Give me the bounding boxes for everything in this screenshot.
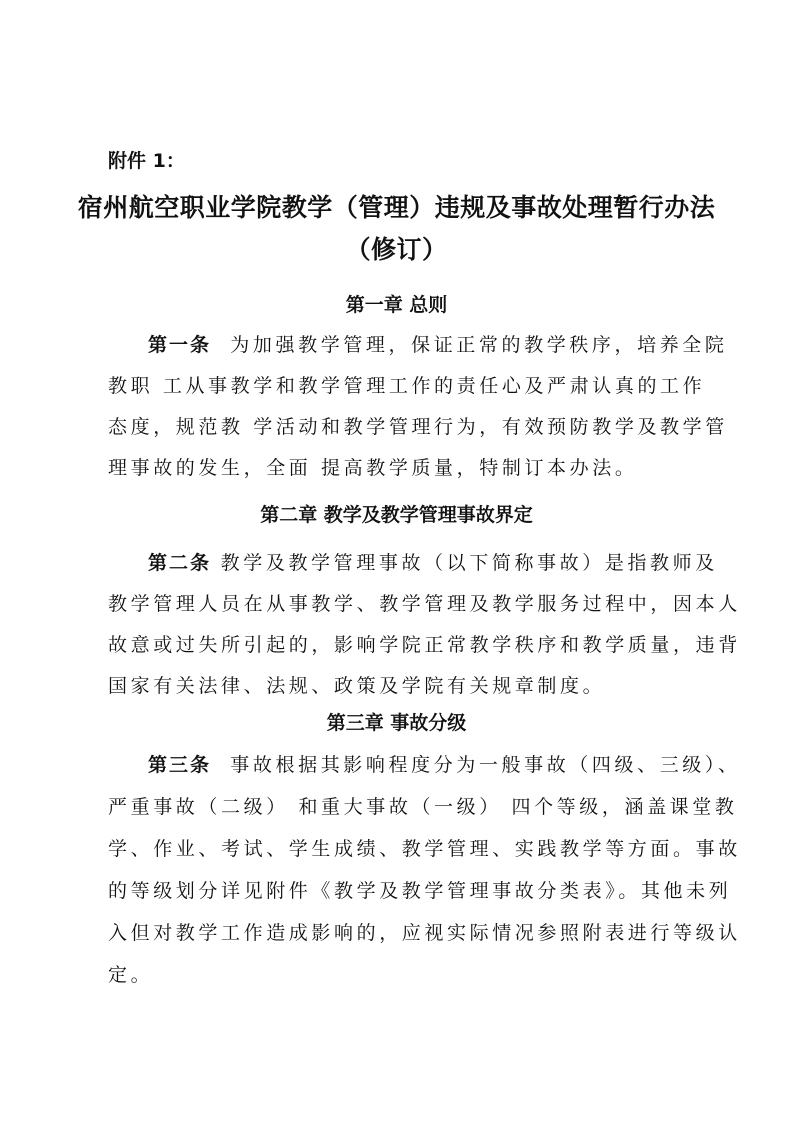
article-3-line-2: 严重事故（二级） 和重大事故（一级） 四个等级，涵盖课堂教 [108, 792, 737, 819]
article-1-line-2: 教职 工从事教学和教学管理工作的责任心及严肃认真的工作 [108, 371, 705, 398]
article-3-line-4: 的等级划分详见附件《教学及教学管理事故分类表》。其他未列 [108, 876, 731, 903]
article-2-text: 教学及教学管理事故（以下简称事故）是指教师及 [221, 552, 718, 574]
article-1-label: 第一条 [148, 334, 211, 356]
article-3-line-6: 定。 [108, 960, 153, 987]
article-2-line-1: 第二条 教学及教学管理事故（以下简称事故）是指教师及 [148, 548, 718, 575]
chapter-3-heading: 第三章 事故分级 [0, 708, 793, 735]
article-1-line-3: 态度，规范教 学活动和教学管理行为，有效预防教学及教学管 [108, 412, 728, 439]
chapter-2-heading: 第二章 教学及教学管理事故界定 [0, 500, 793, 527]
chapter-1-heading: 第一章 总则 [0, 290, 793, 317]
article-1-text: 为加强教学管理，保证正常的教学秩序，培养全院 [230, 334, 727, 356]
article-3-label: 第三条 [148, 754, 211, 776]
article-2-line-4: 国家有关法律、法规、政策及学院有关规章制度。 [108, 671, 605, 698]
article-3-text: 事故根据其影响程度分为一般事故（四级、三级）、 [230, 754, 740, 776]
article-3-line-1: 第三条 事故根据其影响程度分为一般事故（四级、三级）、 [148, 750, 741, 777]
article-3-line-3: 学、作业、考试、学生成绩、教学管理、实践教学等方面。事故 [108, 834, 741, 861]
article-2-label: 第二条 [148, 552, 211, 574]
document-page: 附件 1： 宿州航空职业学院教学（管理）违规及事故处理暂行办法 （修订） 第一章… [0, 0, 793, 1122]
article-1-line-1: 第一条 为加强教学管理，保证正常的教学秩序，培养全院 [148, 330, 728, 357]
article-2-line-3: 故意或过失所引起的，影响学院正常教学秩序和教学质量，违背 [108, 630, 741, 657]
article-3-line-5: 入但对教学工作造成影响的，应视实际情况参照附表进行等级认 [108, 918, 741, 945]
article-2-line-2: 教学管理人员在从事教学、教学管理及教学服务过程中，因本人 [108, 589, 741, 616]
article-1-line-4: 理事故的发生，全面 提高教学质量，特制订本办法。 [108, 453, 637, 480]
document-subtitle: （修订） [0, 230, 793, 266]
document-title: 宿州航空职业学院教学（管理）违规及事故处理暂行办法 [0, 188, 793, 224]
attachment-label: 附件 1： [108, 146, 185, 173]
